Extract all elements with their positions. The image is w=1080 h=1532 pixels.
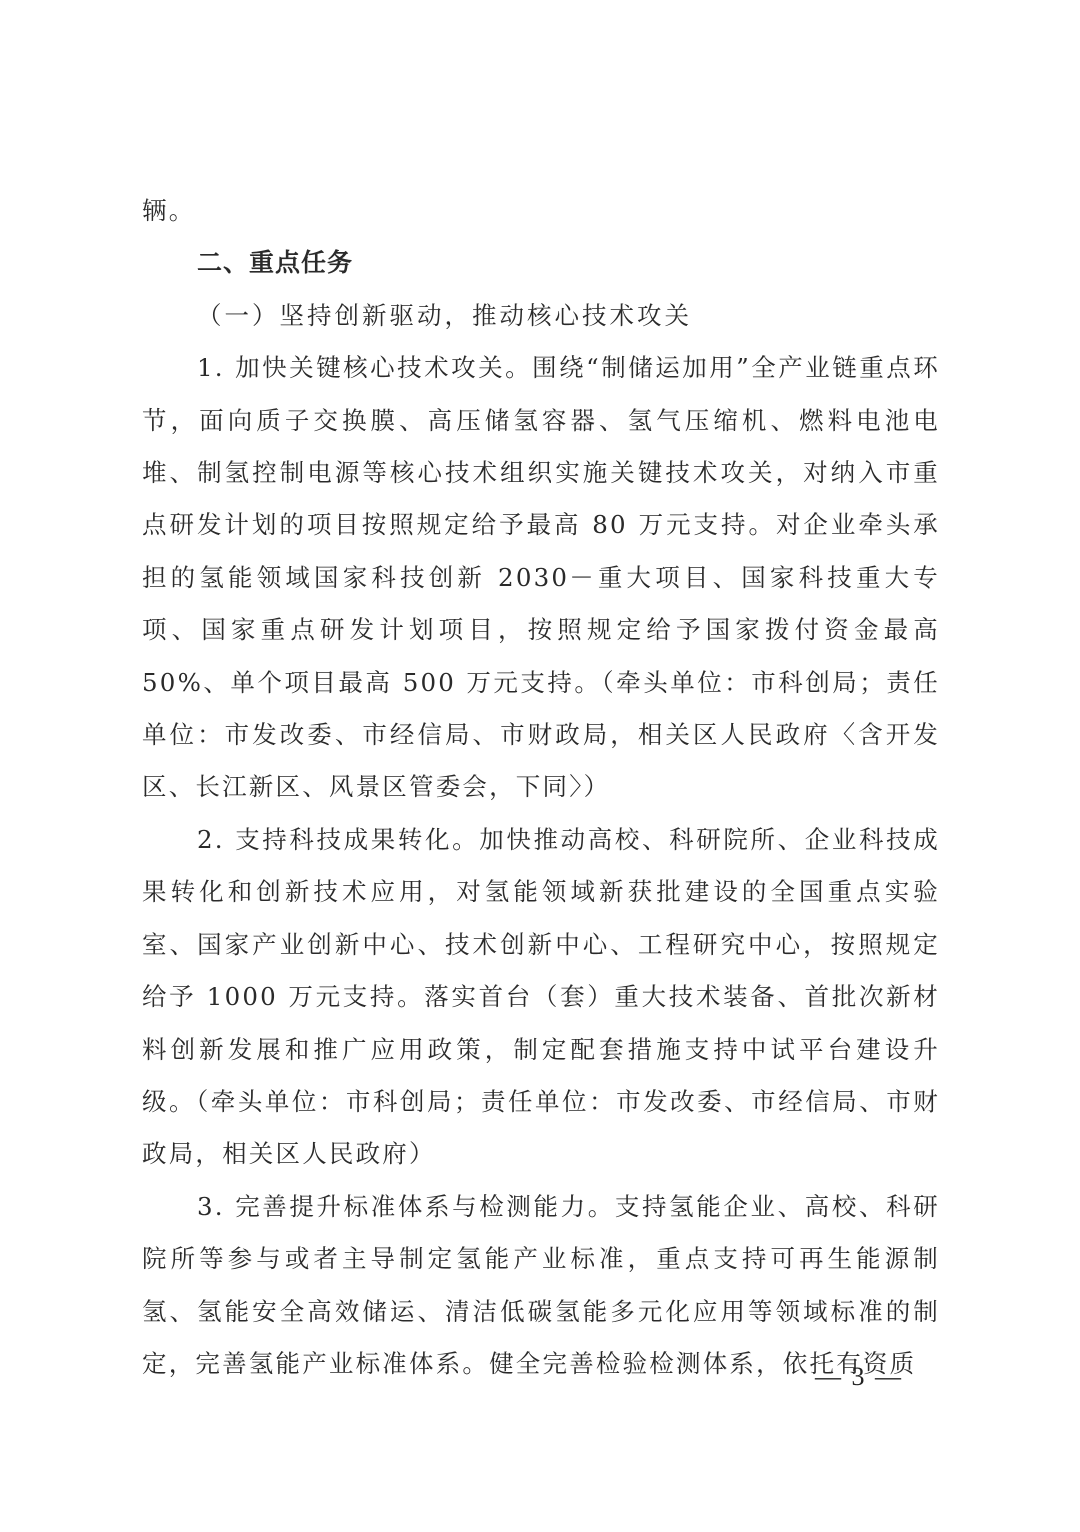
document-page: 辆。 二、重点任务 （一）坚持创新驱动，推动核心技术攻关 1. 加快关键核心技术…	[142, 185, 940, 1390]
subsection-heading: （一）坚持创新驱动，推动核心技术攻关	[142, 290, 940, 342]
paragraph-3: 3. 完善提升标准体系与检测能力。支持氢能企业、高校、科研院所等参与或者主导制定…	[142, 1181, 940, 1391]
section-heading: 二、重点任务	[142, 237, 940, 289]
paragraph-1: 1. 加快关键核心技术攻关。围绕“制储运加用”全产业链重点环节，面向质子交换膜、…	[142, 342, 940, 814]
continuation-text: 辆。	[142, 185, 940, 237]
paragraph-2: 2. 支持科技成果转化。加快推动高校、科研院所、企业科技成果转化和创新技术应用，…	[142, 814, 940, 1181]
page-number: — 3 —	[815, 1362, 903, 1392]
